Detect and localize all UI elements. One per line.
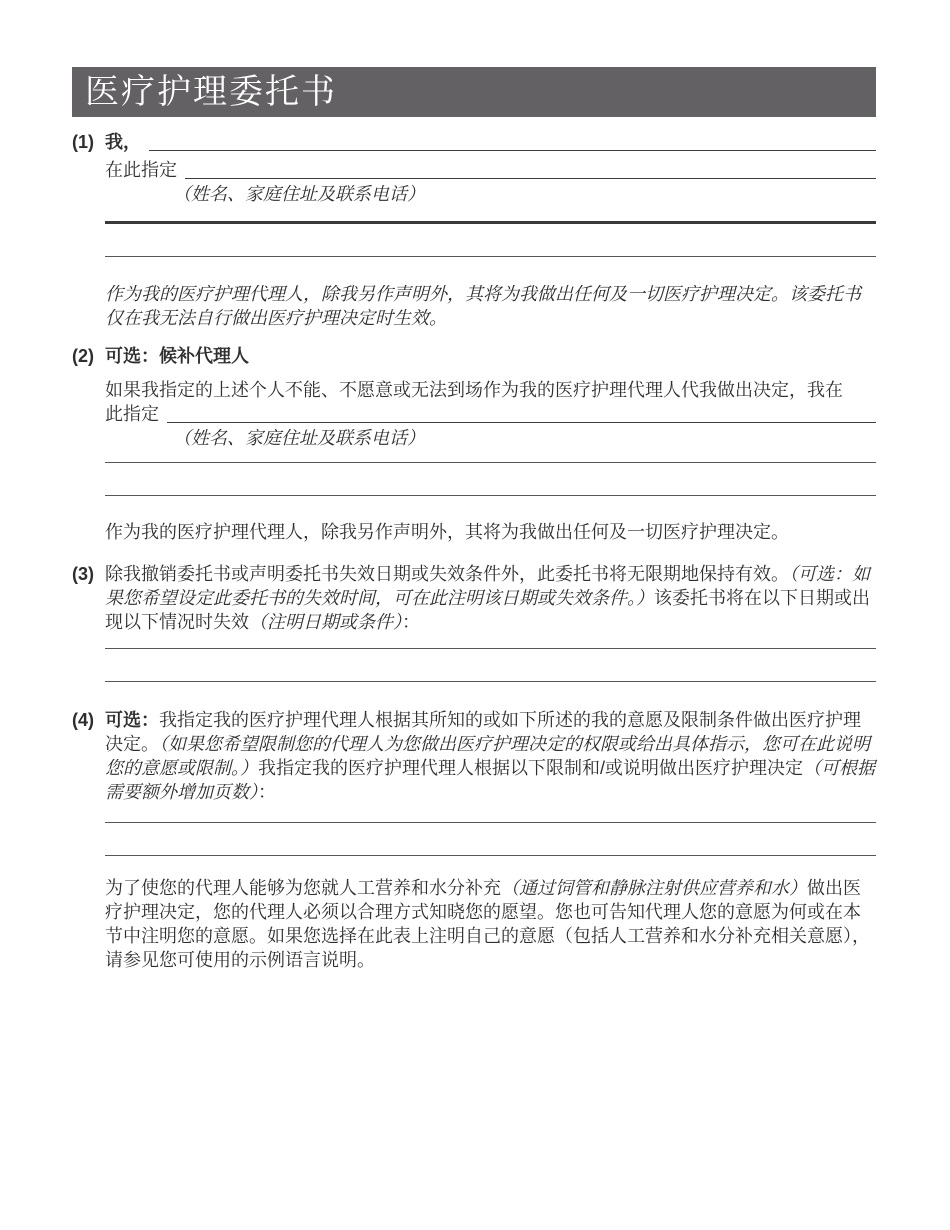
health-care-proxy-form: 医疗护理委托书 (1) 我， 在此指定 （姓名、家庭住址及联系电话） 作为我的医… xyxy=(0,0,950,1230)
instructions-paragraph: 可选：我指定我的医疗护理代理人根据其所知的或如下所述的我的意愿及限制条件做出医疗… xyxy=(105,708,876,804)
page-title: 医疗护理委托书 xyxy=(85,75,337,109)
alternate-agent-info-caption: （姓名、家庭住址及联系电话） xyxy=(173,426,876,450)
alternate-agent-designation-row: 此指定 xyxy=(105,402,876,426)
instructions-blank-line-1[interactable] xyxy=(105,804,876,823)
document-title-bar: 医疗护理委托书 xyxy=(72,67,876,117)
agent-info-caption: （姓名、家庭住址及联系电话） xyxy=(173,182,876,206)
principal-lead-label: 我， xyxy=(105,130,141,154)
instructions-colon: ： xyxy=(258,782,276,802)
item-number-4: (4) xyxy=(72,708,105,972)
item-number-2: (2) xyxy=(72,344,105,544)
expiration-blank-line-1[interactable] xyxy=(105,634,876,649)
alternate-agent-text-line1: 如果我指定的上述个人不能、不愿意或无法到场作为我的医疗护理代理人代我做出决定，我… xyxy=(105,378,876,402)
section-alternate-agent: (2) 可选：候补代理人 如果我指定的上述个人不能、不愿意或无法到场作为我的医疗… xyxy=(72,344,876,544)
expiration-paragraph: 除我撤销委托书或声明委托书失效日期或失效条件外，此委托书将无限期地保持有效。（可… xyxy=(105,562,876,634)
item-number-3: (3) xyxy=(72,562,105,682)
nutrition-text-1: 为了使您的代理人能够为您就人工营养和水分补充 xyxy=(105,878,501,898)
alternate-agent-heading: 可选：候补代理人 xyxy=(105,344,876,368)
principal-name-field[interactable] xyxy=(149,132,876,151)
instructions-optional-label: 可选： xyxy=(105,710,159,730)
alternate-agent-paragraph: 如果我指定的上述个人不能、不愿意或无法到场作为我的医疗护理代理人代我做出决定，我… xyxy=(105,378,876,426)
designate-label: 在此指定 xyxy=(105,158,177,182)
item-number-1: (1) xyxy=(72,130,105,330)
instructions-blank-line-2[interactable] xyxy=(105,823,876,856)
alternate-agent-blank-line-1[interactable] xyxy=(105,450,876,463)
alternate-designate-label: 此指定 xyxy=(105,402,159,426)
alternate-agent-name-field[interactable] xyxy=(167,404,876,423)
agent-info-blank-line-1[interactable] xyxy=(105,206,876,224)
section-instructions: (4) 可选：我指定我的医疗护理代理人根据其所知的或如下所述的我的意愿及限制条件… xyxy=(72,708,876,972)
alternate-agent-authority-note: 作为我的医疗护理代理人，除我另作声明外，其将为我做出任何及一切医疗护理决定。 xyxy=(105,520,876,544)
agent-authority-note: 作为我的医疗护理代理人，除我另作声明外，其将为我做出任何及一切医疗护理决定。该委… xyxy=(105,282,876,330)
principal-name-row: 我， xyxy=(105,130,876,154)
nutrition-hydration-note: 为了使您的代理人能够为您就人工营养和水分补充（通过饲管和静脉注射供应营养和水）做… xyxy=(105,876,876,972)
expiration-colon: ： xyxy=(402,612,420,632)
expiration-hint: （注明日期或条件） xyxy=(249,612,402,632)
agent-name-field[interactable] xyxy=(185,160,876,179)
agent-designation-row: 在此指定 xyxy=(105,158,876,182)
instructions-text-2: 我指定我的医疗护理代理人根据以下限制和/或说明做出医疗护理决定 xyxy=(258,758,803,778)
section-principal-designation: (1) 我， 在此指定 （姓名、家庭住址及联系电话） 作为我的医疗护理代理人，除… xyxy=(72,130,876,330)
section-expiration: (3) 除我撤销委托书或声明委托书失效日期或失效条件外，此委托书将无限期地保持有… xyxy=(72,562,876,682)
expiration-blank-line-2[interactable] xyxy=(105,649,876,682)
expiration-text-1: 除我撤销委托书或声明委托书失效日期或失效条件外，此委托书将无限期地保持有效。 xyxy=(105,564,789,584)
nutrition-parenthetical: （通过饲管和静脉注射供应营养和水） xyxy=(501,878,807,898)
alternate-agent-blank-line-2[interactable] xyxy=(105,463,876,496)
agent-info-blank-line-2[interactable] xyxy=(105,224,876,257)
